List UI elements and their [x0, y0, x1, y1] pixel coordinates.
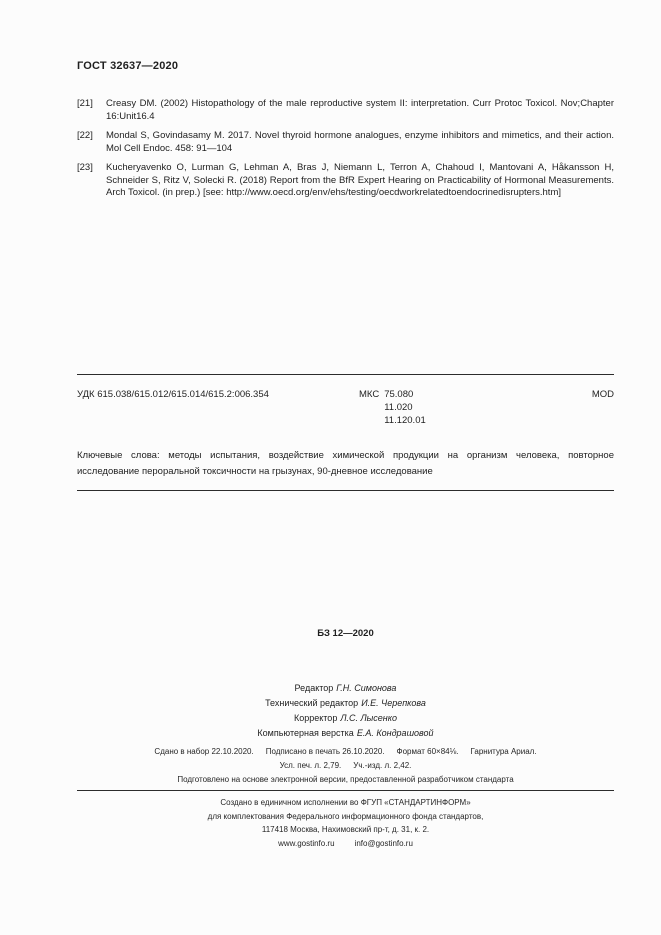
- publisher-website: www.gostinfo.ru: [278, 839, 334, 848]
- reference-text: Creasy DM. (2002) Histopathology of the …: [106, 98, 614, 123]
- mks-label: МКС: [359, 388, 379, 427]
- credit-role: Компьютерная верстка: [257, 728, 353, 738]
- mks-codes: МКС 75.080 11.020 11.120.01: [359, 388, 592, 427]
- credit-role: Редактор: [295, 683, 334, 693]
- credit-name: И.Е. Черепкова: [361, 698, 426, 708]
- publisher-contacts: www.gostinfo.ruinfo@gostinfo.ru: [77, 837, 614, 851]
- print-info-line: Сдано в набор 22.10.2020.Подписано в печ…: [77, 745, 614, 759]
- print-signed-date: Подписано в печать 26.10.2020.: [266, 747, 385, 756]
- reference-item: [22] Mondal S, Govindasamy M. 2017. Nove…: [77, 130, 614, 155]
- document-page: ГОСТ 32637—2020 [21] Creasy DM. (2002) H…: [0, 0, 661, 935]
- print-info-line: Усл. печ. л. 2,79.Уч.-изд. л. 2,42.: [77, 759, 614, 773]
- credit-role: Технический редактор: [265, 698, 358, 708]
- reference-item: [23] Kucheryavenko O, Lurman G, Lehman A…: [77, 162, 614, 200]
- publisher-line: для комплектования Федерального информац…: [77, 810, 614, 824]
- print-format: Формат 60×84⅛.: [397, 747, 459, 756]
- bz-code: БЗ 12—2020: [77, 628, 614, 639]
- divider-footer: [77, 790, 614, 791]
- print-sheets-conditional: Усл. печ. л. 2,79.: [280, 761, 342, 770]
- keywords-paragraph: Ключевые слова: методы испытания, воздей…: [77, 448, 614, 480]
- print-typeface: Гарнитура Ариал.: [471, 747, 537, 756]
- divider-keywords: [77, 490, 614, 491]
- mks-code: 11.120.01: [384, 414, 426, 427]
- print-set-date: Сдано в набор 22.10.2020.: [154, 747, 253, 756]
- credit-name: Г.Н. Симонова: [336, 683, 396, 693]
- reference-text: Kucheryavenko O, Lurman G, Lehman A, Bra…: [106, 162, 614, 200]
- divider-top: [77, 374, 614, 375]
- publisher-address: 117418 Москва, Нахимовский пр-т, д. 31, …: [77, 823, 614, 837]
- classification-row: УДК 615.038/615.012/615.014/615.2:006.35…: [77, 388, 614, 427]
- credit-line: КорректорЛ.С. Лысенко: [77, 711, 614, 726]
- credits-block: РедакторГ.Н. Симонова Технический редакт…: [77, 681, 614, 741]
- credit-role: Корректор: [294, 713, 337, 723]
- credit-name: Е.А. Кондрашовой: [357, 728, 434, 738]
- reference-number: [21]: [77, 98, 106, 123]
- credit-line: Технический редакторИ.Е. Черепкова: [77, 696, 614, 711]
- prepared-note: Подготовлено на основе электронной верси…: [77, 775, 614, 784]
- mks-code: 11.020: [384, 401, 426, 414]
- publisher-email: info@gostinfo.ru: [355, 839, 413, 848]
- reference-text: Mondal S, Govindasamy M. 2017. Novel thy…: [106, 130, 614, 155]
- mod-label: MOD: [592, 388, 614, 427]
- references-list: [21] Creasy DM. (2002) Histopathology of…: [77, 98, 614, 207]
- reference-number: [22]: [77, 130, 106, 155]
- print-info-block: Сдано в набор 22.10.2020.Подписано в печ…: [77, 745, 614, 773]
- credit-line: РедакторГ.Н. Симонова: [77, 681, 614, 696]
- print-sheets-publishing: Уч.-изд. л. 2,42.: [353, 761, 411, 770]
- page-title: ГОСТ 32637—2020: [77, 60, 614, 72]
- mks-code: 75.080: [384, 388, 426, 401]
- udk-code: УДК 615.038/615.012/615.014/615.2:006.35…: [77, 388, 359, 427]
- reference-item: [21] Creasy DM. (2002) Histopathology of…: [77, 98, 614, 123]
- publisher-block: Создано в единичном исполнении во ФГУП «…: [77, 796, 614, 850]
- mks-code-list: 75.080 11.020 11.120.01: [384, 388, 426, 427]
- credit-name: Л.С. Лысенко: [340, 713, 397, 723]
- reference-number: [23]: [77, 162, 106, 200]
- publisher-line: Создано в единичном исполнении во ФГУП «…: [77, 796, 614, 810]
- credit-line: Компьютерная версткаЕ.А. Кондрашовой: [77, 726, 614, 741]
